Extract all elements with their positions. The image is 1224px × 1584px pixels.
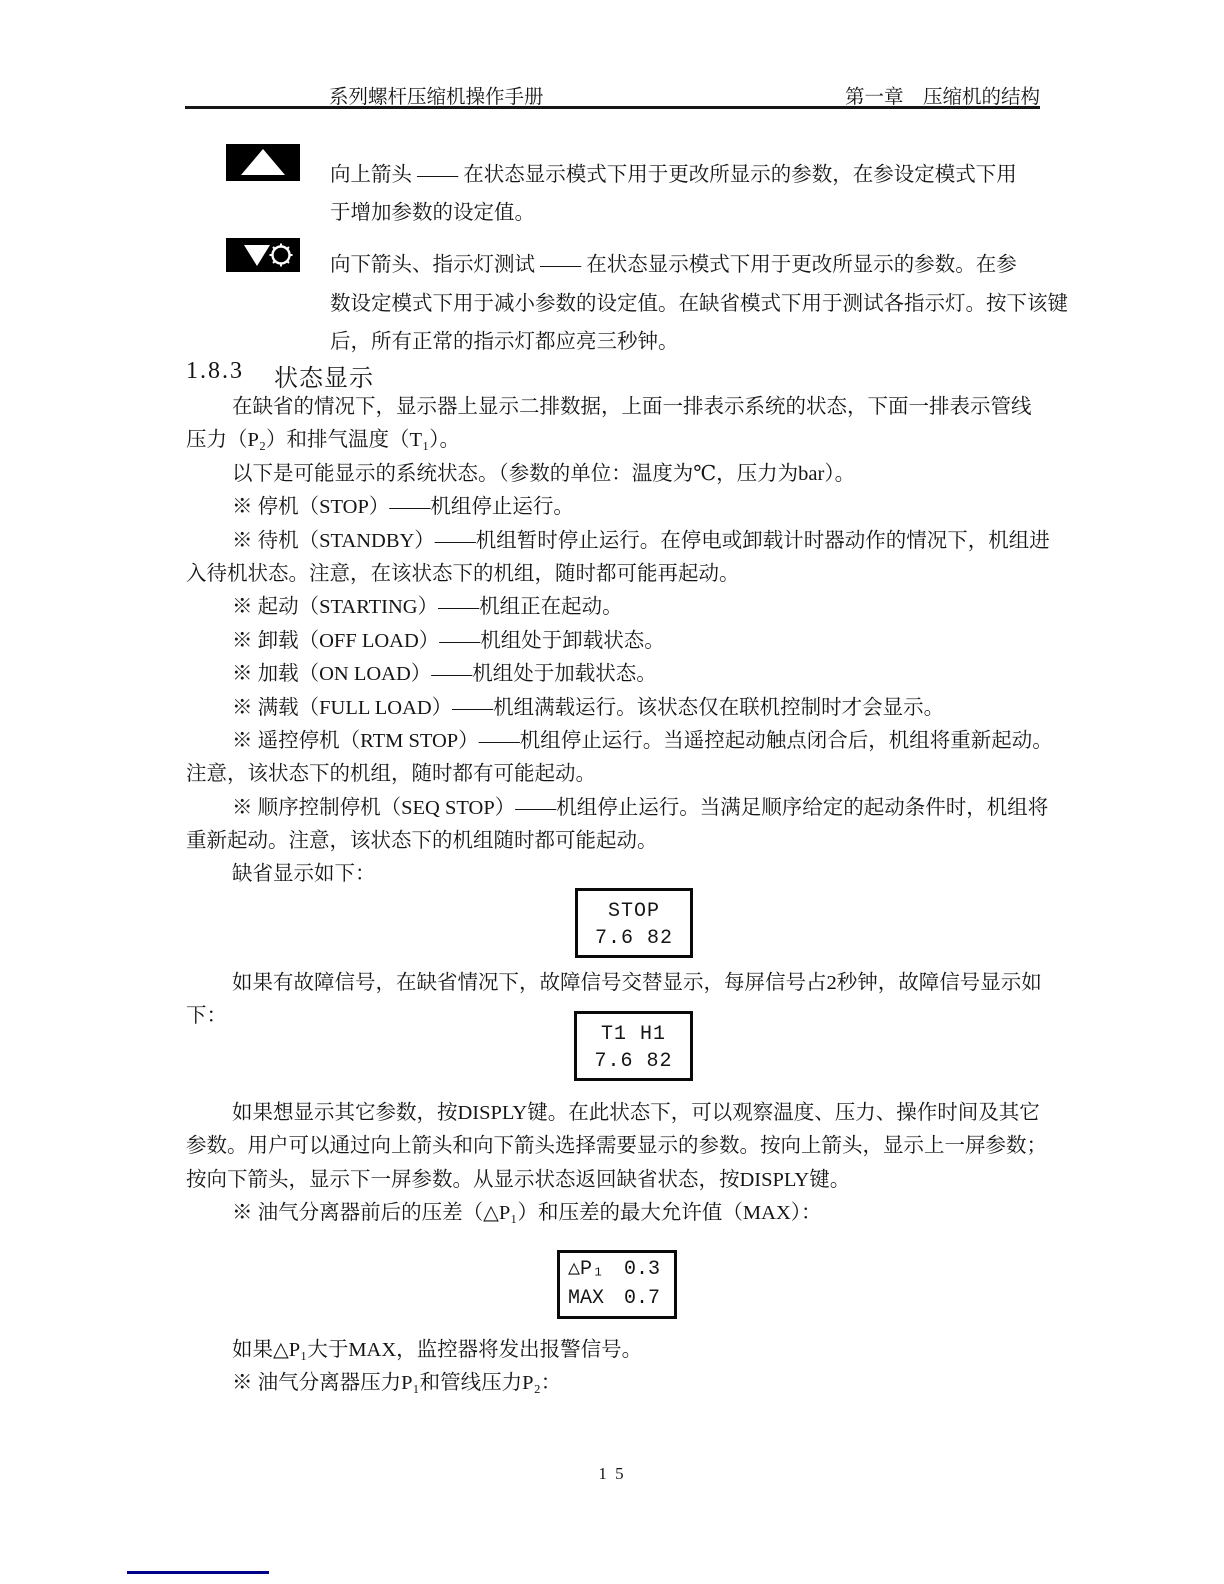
body-block-alarm: 如果△P₁大于MAX，监控器将发出报警信号。 ※ 油气分离器压力P₁和管线压力P…: [186, 1334, 642, 1401]
body-line: 以下是可能显示的系统状态。（参数的单位：温度为℃，压力为bar）。: [186, 458, 1053, 491]
body-line: 按向下箭头，显示下一屏参数。从显示状态返回缺省状态，按DISPLY键。: [186, 1164, 1047, 1197]
body-line: 注意，该状态下的机组，随时都有可能起动。: [186, 758, 1053, 791]
dp-display-box: △P₁ 0.3 MAX 0.7: [557, 1250, 677, 1319]
up-arrow-key: [226, 144, 300, 181]
body-line: 入待机状态。注意，在该状态下的机组，随时都可能再起动。: [186, 558, 1053, 591]
display-values-line: 7.6 82: [578, 925, 690, 952]
down-key-description: 向下箭头、指示灯测试 —— 在状态显示模式下用于更改所显示的参数。在参 数设定模…: [330, 246, 1068, 362]
default-display-box: STOP 7.6 82: [575, 888, 693, 958]
body-line: ※ 油气分离器压力P₁和管线压力P₂：: [186, 1367, 642, 1400]
body-line: ※ 遥控停机（RTM STOP）——机组停止运行。当遥控起动触点闭合后，机组将重…: [186, 725, 1053, 758]
display-status-line: T1 H1: [577, 1021, 690, 1048]
key-desc-line: 向上箭头 —— 在状态显示模式下用于更改所显示的参数，在参设定模式下用: [330, 156, 1017, 194]
body-line: ※ 停机（STOP）——机组停止运行。: [186, 491, 1053, 524]
body-line: ※ 待机（STANDBY）——机组暂时停止运行。在停电或卸载计时器动作的情况下，…: [186, 525, 1053, 558]
body-line: 缺省显示如下：: [186, 858, 1053, 891]
key-desc-line: 向下箭头、指示灯测试 —— 在状态显示模式下用于更改所显示的参数。在参: [330, 246, 1068, 285]
down-arrow-lamp-test-key: [226, 238, 300, 272]
display-values-line: 7.6 82: [577, 1048, 690, 1075]
body-line: ※ 加载（ON LOAD）——机组处于加载状态。: [186, 658, 1053, 691]
scanned-manual-page: { "header": { "left": "系列螺杆压缩机操作手册", "ri…: [0, 0, 1224, 1584]
body-line: ※ 满载（FULL LOAD）——机组满载运行。该状态仅在联机控制时才会显示。: [186, 692, 1053, 725]
dp-label: MAX: [568, 1286, 604, 1312]
body-line: 压力（P₂）和排气温度（T₁）。: [186, 424, 1053, 457]
footer-blue-rule: [127, 1571, 269, 1574]
dp-row: MAX 0.7: [568, 1286, 660, 1312]
section-number: 1.8.3: [186, 358, 244, 393]
body-block-status-list: 在缺省的情况下，显示器上显示二排数据，上面一排表示系统的状态，下面一排表示管线 …: [186, 391, 1053, 892]
dp-label: △P₁: [568, 1257, 604, 1283]
header-chapter-title: 第一章 压缩机的结构: [845, 81, 1040, 109]
section-heading: 1.8.3 状态显示: [186, 358, 374, 393]
body-line: ※ 起动（STARTING）——机组正在起动。: [186, 591, 1053, 624]
display-status-line: STOP: [578, 898, 690, 925]
dp-value: 0.7: [624, 1286, 660, 1312]
dp-row: △P₁ 0.3: [568, 1257, 660, 1283]
dp-value: 0.3: [624, 1257, 660, 1283]
key-desc-line: 数设定模式下用于减小参数的设定值。在缺省模式下用于测试各指示灯。按下该键: [330, 285, 1068, 324]
key-desc-line: 后，所有正常的指示灯都应亮三秒钟。: [330, 323, 1068, 362]
body-line: 重新起动。注意，该状态下的机组随时都可能起动。: [186, 825, 1053, 858]
body-line: ※ 顺序控制停机（SEQ STOP）——机组停止运行。当满足顺序给定的起动条件时…: [186, 792, 1053, 825]
section-title: 状态显示: [274, 358, 374, 393]
down-triangle-lamp-icon: [226, 238, 300, 272]
body-line: 参数。用户可以通过向上箭头和向下箭头选择需要显示的参数。按向上箭头，显示上一屏参…: [186, 1130, 1047, 1163]
body-line: 如果有故障信号，在缺省情况下，故障信号交替显示，每屏信号占2秒钟，故障信号显示如: [186, 967, 1042, 1000]
body-block-display-params: 如果想显示其它参数，按DISPLY键。在此状态下，可以观察温度、压力、操作时间及…: [186, 1097, 1047, 1231]
body-line: 如果想显示其它参数，按DISPLY键。在此状态下，可以观察温度、压力、操作时间及…: [186, 1097, 1047, 1130]
up-key-description: 向上箭头 —— 在状态显示模式下用于更改所显示的参数，在参设定模式下用 于增加参…: [330, 156, 1017, 232]
up-triangle-icon: [226, 144, 300, 181]
page-number: 1 5: [0, 1464, 1224, 1484]
header-doc-title: 系列螺杆压缩机操作手册: [329, 81, 544, 109]
body-line: ※ 卸载（OFF LOAD）——机组处于卸载状态。: [186, 625, 1053, 658]
body-line: 如果△P₁大于MAX，监控器将发出报警信号。: [186, 1334, 642, 1367]
fault-display-box: T1 H1 7.6 82: [574, 1011, 693, 1081]
key-desc-line: 于增加参数的设定值。: [330, 194, 1017, 232]
body-line: ※ 油气分离器前后的压差（△P₁）和压差的最大允许值（MAX）：: [186, 1197, 1047, 1230]
header-rule: [185, 106, 1040, 109]
body-line: 在缺省的情况下，显示器上显示二排数据，上面一排表示系统的状态，下面一排表示管线: [186, 391, 1053, 424]
